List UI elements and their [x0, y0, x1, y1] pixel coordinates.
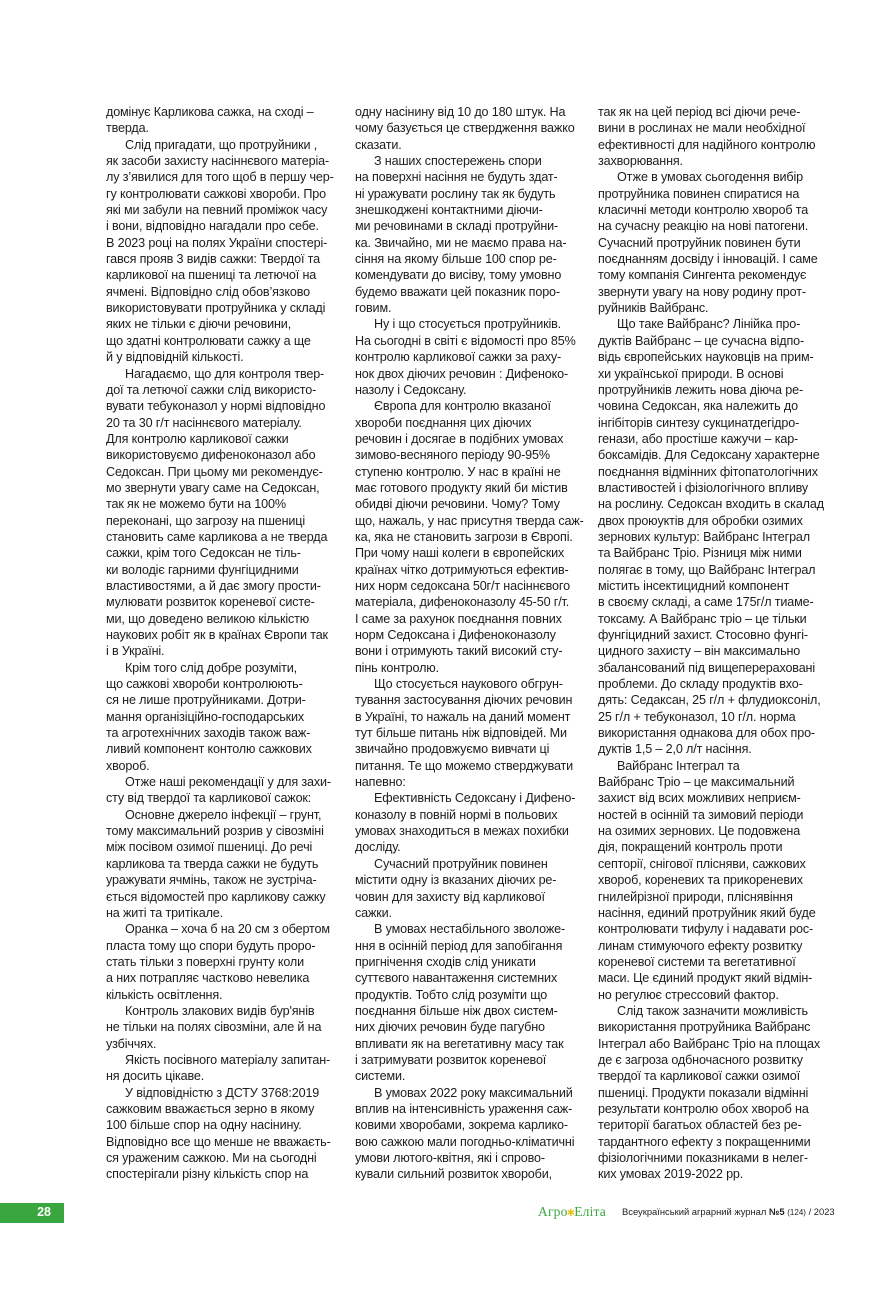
text-line: суттєвого навантаження системних: [355, 970, 593, 986]
text-line: них діючих речовин буде пагубно: [355, 1019, 593, 1035]
text-line: ка. Звичайно, ми не маємо права на-: [355, 235, 593, 251]
text-line: між посівом озимої пшениці. До речі: [106, 839, 344, 855]
text-line: цидного захисту – він максимально: [598, 643, 838, 659]
text-line: ння в осінній період для запобігання: [355, 938, 593, 954]
text-line: ких умовах 2019-2022 рр.: [598, 1166, 838, 1182]
text-line: що здатні контролювати сажку а ще: [106, 333, 344, 349]
text-line: звернути увагу на нову родину прот-: [598, 284, 838, 300]
text-line: І саме за рахунок поєднання повних: [355, 611, 593, 627]
text-line: інгібіторів синтезу сукцинатдегідро-: [598, 415, 838, 431]
text-line: ми, що доведено великою кількістю: [106, 611, 344, 627]
page-number-tab: 28: [0, 1203, 64, 1223]
text-line: властивостями, а й дає змогу прости-: [106, 578, 344, 594]
text-line: нок двох діючих речовин : Дифеноко-: [355, 366, 593, 382]
text-line: речовин і досягае в подібних умовах: [355, 431, 593, 447]
text-line: них норм седоксана 50г/т насіннєвого: [355, 578, 593, 594]
text-line: На сьогодні в світі є відомості про 85%: [355, 333, 593, 349]
text-line: дуктів Вайбранс – це сучасна відпо-: [598, 333, 838, 349]
text-line: вплив на інтенсивність ураження саж-: [355, 1101, 593, 1117]
text-line: використання протруйника Вайбранс: [598, 1019, 838, 1035]
text-line: тут більше питань ніж відповідей. Ми: [355, 725, 593, 741]
text-line: поєднання більше ніж двох систем-: [355, 1003, 593, 1019]
text-line: і затримувати розвиток кореневої: [355, 1052, 593, 1068]
text-line: ступеню контролю. У нас в країні не: [355, 464, 593, 480]
text-line: стать тільки з поверхні грунту коли: [106, 954, 344, 970]
text-line: сіння на якому більше 100 спор ре-: [355, 251, 593, 267]
text-line: комендувати до висіву, тому умовно: [355, 267, 593, 283]
text-line: З наших спостережень спори: [355, 153, 593, 169]
text-line: назолу і Седоксану.: [355, 382, 593, 398]
text-line: ковими хворобами, зокрема карлико-: [355, 1117, 593, 1133]
text-line: будемо вважати цей показник поро-: [355, 284, 593, 300]
text-line: території багатьох областей без ре-: [598, 1117, 838, 1133]
text-line: ка, яка не становить загрози в Європі.: [355, 529, 593, 545]
journal-prefix: Всеукраїнський аграрний журнал: [622, 1206, 769, 1217]
text-line: на житі та тритікале.: [106, 905, 344, 921]
text-line: і вони, відповідно нагадали про себе.: [106, 218, 344, 234]
text-line: й у відповідній кількості.: [106, 349, 344, 365]
text-line: на сучасну реакцію на нові патогени.: [598, 218, 838, 234]
text-line: мулювати розвиток кореневої систе-: [106, 594, 344, 610]
text-line: дуктів 1,5 – 2,0 л/т насіння.: [598, 741, 838, 757]
text-line: норм Седоксана і Дифеноконазолу: [355, 627, 593, 643]
text-line: домінує Карликова сажка, на сході –: [106, 104, 344, 120]
text-line: В 2023 році на полях України спостері-: [106, 235, 344, 251]
text-line: чому базується це ствердження важко: [355, 120, 593, 136]
article-column-3: так як на цей період всі діючи рече-вини…: [598, 104, 838, 1183]
text-line: результати контролю обох хвороб на: [598, 1101, 838, 1117]
text-line: тардантного ефекту з покращенними: [598, 1134, 838, 1150]
text-line: генази, або простіше кажучи – кар-: [598, 431, 838, 447]
text-line: збалансований під вищеперераховані: [598, 660, 838, 676]
text-line: пшениці. Продукти показали відмінні: [598, 1085, 838, 1101]
text-line: тому компанія Сингента рекомендує: [598, 267, 838, 283]
journal-title: Всеукраїнський аграрний журнал №5 (124) …: [622, 1206, 835, 1217]
text-line: кореневої системи та вегетативної: [598, 954, 838, 970]
text-line: спостерігали різну кількість спор на: [106, 1166, 344, 1182]
brand-right: Еліта: [574, 1204, 606, 1219]
text-line: знешкоджені контактними діючи-: [355, 202, 593, 218]
text-line: ливий компонент контолю сажкових: [106, 741, 344, 757]
text-line: так як не можемо бути на 100%: [106, 496, 344, 512]
text-line: Вайбранс Тріо – це максимальний: [598, 774, 838, 790]
text-line: а них потрапляє частково невелика: [106, 970, 344, 986]
text-line: гався прояв 3 видів сажки: Твердої та: [106, 251, 344, 267]
issue-total: (124): [787, 1208, 806, 1217]
text-line: відь європейських науковців на прим-: [598, 349, 838, 365]
text-line: мо звернути увагу саме на Седоксан,: [106, 480, 344, 496]
text-line: зимово-весняного періоду 90-95%: [355, 447, 593, 463]
text-line: Нагадаємо, що для контроля твер-: [106, 366, 344, 382]
text-line: ностей в осінній та зимовий періоди: [598, 807, 838, 823]
text-line: Слід пригадати, що протруйники ,: [106, 137, 344, 153]
text-line: гнилейрізної природи, пліснявіння: [598, 889, 838, 905]
text-line: матеріала, дифеноконазолу 45-50 г/т.: [355, 594, 593, 610]
text-line: маси. Це єдиний продукт який відмін-: [598, 970, 838, 986]
text-line: Що таке Вайбранс? Лінійка про-: [598, 316, 838, 332]
text-line: узбіччях.: [106, 1036, 344, 1052]
text-line: Що стосується наукового обгрун-: [355, 676, 593, 692]
text-line: фізіологічними показниками в нелег-: [598, 1150, 838, 1166]
text-line: дія, покращений контроль проти: [598, 839, 838, 855]
text-line: Оранка – хоча б на 20 см з обертом: [106, 921, 344, 937]
text-line: Європа для контролю вказаної: [355, 398, 593, 414]
text-line: яких не тільки є діючи речовини,: [106, 316, 344, 332]
text-line: зернових культур: Вайбранс Інтеграл: [598, 529, 838, 545]
text-line: дої та летючої сажки слід використо-: [106, 382, 344, 398]
text-line: говим.: [355, 300, 593, 316]
text-line: уражувати ячмінь, також не зустріча-: [106, 872, 344, 888]
text-line: Крім того слід добре розуміти,: [106, 660, 344, 676]
text-line: контролю карликової сажки за раху-: [355, 349, 593, 365]
text-line: Слід також зазначити можливість: [598, 1003, 838, 1019]
text-line: наукових робіт як в країнах Європи так: [106, 627, 344, 643]
text-line: які ми забули на певний проміжок часу: [106, 202, 344, 218]
text-line: що, нажаль, у нас присутня тверда саж-: [355, 513, 593, 529]
text-line: Основне джерело інфекції – грунт,: [106, 807, 344, 823]
text-line: становить саме карликова а не тверда: [106, 529, 344, 545]
text-line: поєднанням досвіду і інновацій. І саме: [598, 251, 838, 267]
text-line: сажки.: [355, 905, 593, 921]
text-line: При чому наші колеги в європейских: [355, 545, 593, 561]
text-line: сказати.: [355, 137, 593, 153]
text-line: на рослину. Седоксан входить в скалад: [598, 496, 838, 512]
text-line: не тільки на полях сівозміни, але й на: [106, 1019, 344, 1035]
text-line: використовуємо дифеноконазол або: [106, 447, 344, 463]
text-line: В умовах 2022 року максимальний: [355, 1085, 593, 1101]
text-line: 20 та 30 г/т насіннєвого матеріалу.: [106, 415, 344, 431]
page-number: 28: [37, 1205, 51, 1219]
text-line: ефективності для надійного контролю: [598, 137, 838, 153]
text-line: У відповідністю з ДСТУ 3768:2019: [106, 1085, 344, 1101]
agroelita-logo: Агро✱Еліта: [538, 1204, 606, 1220]
text-line: та агротехнічних заходів також важ-: [106, 725, 344, 741]
text-line: використовувати протруйника у складі: [106, 300, 344, 316]
text-line: линам стимуючого ефекту розвитку: [598, 938, 838, 954]
text-line: на поверхні насіння не будуть здат-: [355, 169, 593, 185]
text-line: захворювання.: [598, 153, 838, 169]
brand-left: Агро: [538, 1204, 568, 1219]
text-line: кількість освітлення.: [106, 987, 344, 1003]
text-line: використання однакова для обох про-: [598, 725, 838, 741]
text-line: дять: Седаксан, 25 г/л + флудиоксоніл,: [598, 692, 838, 708]
text-line: вини в рослинах не мали необхідної: [598, 120, 838, 136]
text-line: питання. Те що можемо стверджувати: [355, 758, 593, 774]
text-line: Отже наші рекомендації у для захи-: [106, 774, 344, 790]
text-line: проблеми. До складу продуктів вхо-: [598, 676, 838, 692]
text-line: пінь контролю.: [355, 660, 593, 676]
text-line: ячмені. Відповідно слід обов’язково: [106, 284, 344, 300]
text-line: Контроль злакових видів бур'янів: [106, 1003, 344, 1019]
text-line: мання організіційно-господарських: [106, 709, 344, 725]
text-line: лу з’явилися для того щоб в першу чер-: [106, 169, 344, 185]
text-line: напевно:: [355, 774, 593, 790]
text-line: протруйника повинен спиратися на: [598, 186, 838, 202]
text-line: Ну і що стосується протруйників.: [355, 316, 593, 332]
text-line: поєднання відмінних фітопатологічних: [598, 464, 838, 480]
text-line: протруйників лежить нова діюча ре-: [598, 382, 838, 398]
text-line: Седоксан. При цьому ми рекомендує-: [106, 464, 344, 480]
text-line: так як на цей період всі діючи рече-: [598, 104, 838, 120]
text-line: карликової на пшениці та летючої на: [106, 267, 344, 283]
text-line: класичні методи контролю хвороб та: [598, 202, 838, 218]
text-line: хвороби поєднання цих діючих: [355, 415, 593, 431]
text-line: септорії, снігової плісняви, сажкових: [598, 856, 838, 872]
text-line: ється відомостей про карликову сажку: [106, 889, 344, 905]
text-line: Сучасний протруйник повинен: [355, 856, 593, 872]
text-line: Інтеграл або Вайбранс Тріо на площах: [598, 1036, 838, 1052]
text-line: ки володіє гарними фунгіцидними: [106, 562, 344, 578]
issue-number: №5: [769, 1206, 785, 1217]
text-line: містить інсектицидний компонент: [598, 578, 838, 594]
text-line: вувати тебуконазол у нормі відповідно: [106, 398, 344, 414]
text-line: боксамідів. Для Седоксану характерне: [598, 447, 838, 463]
text-line: в своєму складі, а саме 175г/л тиаме-: [598, 594, 838, 610]
text-line: пласта тому що спори будуть проро-: [106, 938, 344, 954]
text-line: де є загроза одбночасного розвитку: [598, 1052, 838, 1068]
text-line: сажки, крім того Седоксан не тіль-: [106, 545, 344, 561]
text-line: насіння, единий протруйник який буде: [598, 905, 838, 921]
text-line: Ефективність Седоксану і Дифено-: [355, 790, 593, 806]
text-line: фунгіцидний захист. Стосовно фунгі-: [598, 627, 838, 643]
text-line: тування застосування діючих речовин: [355, 692, 593, 708]
text-line: як засоби захисту насіннєвого матеріа-: [106, 153, 344, 169]
text-line: що сажкові хвороби контролюють-: [106, 676, 344, 692]
text-line: двох проюуктів для обробки озимих: [598, 513, 838, 529]
text-line: ся не лише протруйниками. Дотри-: [106, 692, 344, 708]
text-line: умовах знаходиться в межах похибки: [355, 823, 593, 839]
text-line: Отже в умовах сьогодення вибір: [598, 169, 838, 185]
article-column-1: домінує Карликова сажка, на сході –тверд…: [106, 104, 344, 1183]
text-line: човина Седоксан, яка належить до: [598, 398, 838, 414]
article-column-2: одну насінину від 10 до 180 штук. Начому…: [355, 104, 593, 1183]
text-line: має готового продукту який би містив: [355, 480, 593, 496]
text-line: ня досить цікаве.: [106, 1068, 344, 1084]
text-line: 25 г/л + тебуконазол, 10 г/л. норма: [598, 709, 838, 725]
text-line: коназолу в повній нормі в польових: [355, 807, 593, 823]
text-line: містити одну із вказаних діючих ре-: [355, 872, 593, 888]
text-line: тверда.: [106, 120, 344, 136]
text-line: контролювати тифулу і надавати рос-: [598, 921, 838, 937]
text-line: Сучасний протруйник повинен бути: [598, 235, 838, 251]
text-line: системи.: [355, 1068, 593, 1084]
text-line: ся ураженим сажкою. Ми на сьогодні: [106, 1150, 344, 1166]
text-line: тому максимальний розрив у сівозміні: [106, 823, 344, 839]
text-line: ми речовинами в складі протруйни-: [355, 218, 593, 234]
text-line: Вайбранс Інтеграл та: [598, 758, 838, 774]
text-line: хвороб.: [106, 758, 344, 774]
text-line: човин для захисту від карликової: [355, 889, 593, 905]
text-line: токсаму. А Вайбранс тріо – це тільки: [598, 611, 838, 627]
text-line: сажковим вважається зерно в якому: [106, 1101, 344, 1117]
text-line: в Україні, то нажаль на даний момент: [355, 709, 593, 725]
text-line: хи української природи. В основі: [598, 366, 838, 382]
text-line: хвороб, кореневих та прикореневих: [598, 872, 838, 888]
text-line: переконані, що загрозу на пшениці: [106, 513, 344, 529]
text-line: властивостей і фізіологічного впливу: [598, 480, 838, 496]
text-line: Відповідно все що менше не вважаєть-: [106, 1134, 344, 1150]
text-line: обидві діючи речовини. Чому? Тому: [355, 496, 593, 512]
text-line: Для контролю карликової сажки: [106, 431, 344, 447]
text-line: руйників Вайбранс.: [598, 300, 838, 316]
text-line: країнах чітко дотримуються ефектив-: [355, 562, 593, 578]
text-line: Якість посівного матеріалу запитан-: [106, 1052, 344, 1068]
text-line: вою сажкою мали погодньо-кліматичні: [355, 1134, 593, 1150]
text-line: ні уражувати рослину так як будуть: [355, 186, 593, 202]
text-line: впливати як на вегетативну масу так: [355, 1036, 593, 1052]
text-line: і в Україні.: [106, 643, 344, 659]
issue-year: / 2023: [809, 1206, 835, 1217]
text-line: захист від всих можливих неприєм-: [598, 790, 838, 806]
text-line: 100 більше спор на одну насінину.: [106, 1117, 344, 1133]
text-line: умови лютого-квітня, які і спрово-: [355, 1150, 593, 1166]
text-line: твердої та карликової сажки озимої: [598, 1068, 838, 1084]
text-line: В умовах нестабільного зволоже-: [355, 921, 593, 937]
text-line: продуктів. Тобто слід розуміти що: [355, 987, 593, 1003]
text-line: та Вайбранс Тріо. Різниця між ними: [598, 545, 838, 561]
text-line: пригнічення сходів слід уникати: [355, 954, 593, 970]
text-line: карликова та тверда сажки не будуть: [106, 856, 344, 872]
text-line: полягає в тому, що Вайбранс Інтеграл: [598, 562, 838, 578]
text-line: сту від твердої та карликової сажок:: [106, 790, 344, 806]
text-line: одну насінину від 10 до 180 штук. На: [355, 104, 593, 120]
text-line: гу контролювати сажкові хвороби. Про: [106, 186, 344, 202]
text-line: кували сильний розвиток хвороби,: [355, 1166, 593, 1182]
text-line: звичайно продовжуємо вивчати ці: [355, 741, 593, 757]
text-line: но регулює стрессовий фактор.: [598, 987, 838, 1003]
text-line: вони і отримують такий високий сту-: [355, 643, 593, 659]
text-line: на озимих зернових. Це подовжена: [598, 823, 838, 839]
text-line: досліду.: [355, 839, 593, 855]
